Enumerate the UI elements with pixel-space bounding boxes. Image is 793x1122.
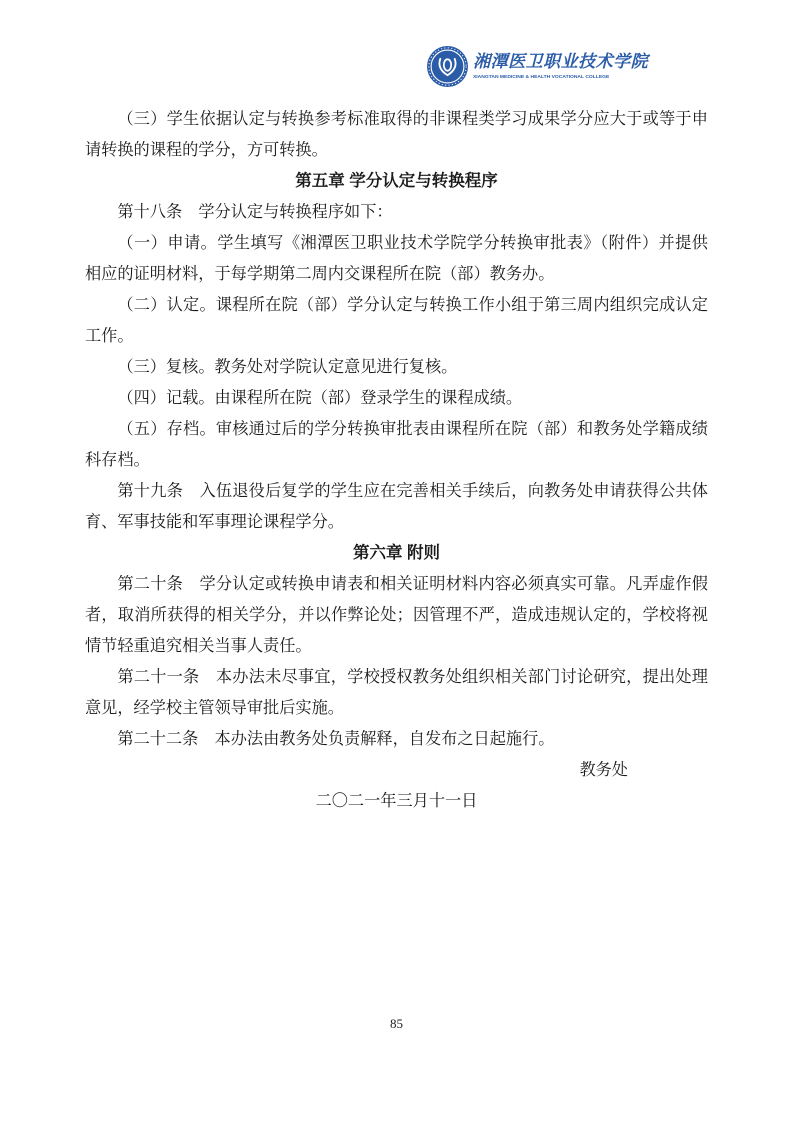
signature-issuing-office: 教务处 (85, 755, 708, 786)
chapter-heading-5: 第五章 学分认定与转换程序 (85, 166, 708, 197)
paragraph-step-3-review: （三）复核。教务处对学院认定意见进行复核。 (85, 352, 708, 383)
issue-date: 二〇二一年三月十一日 (85, 786, 708, 817)
document-page: 湘潭医卫职业技术学院 XIANGTAN MEDICINE & HEALTH VO… (0, 0, 793, 1122)
paragraph-article-18: 第十八条 学分认定与转换程序如下： (85, 197, 708, 228)
paragraph-article-20: 第二十条 学分认定或转换申请表和相关证明材料内容必须真实可靠。凡弄虚作假者，取消… (85, 569, 708, 662)
paragraph-article-22: 第二十二条 本办法由教务处负责解释，自发布之日起施行。 (85, 724, 708, 755)
college-name-block: 湘潭医卫职业技术学院 XIANGTAN MEDICINE & HEALTH VO… (473, 52, 693, 81)
document-body: （三）学生依据认定与转换参考标准取得的非课程类学习成果学分应大于或等于申请转换的… (85, 104, 708, 817)
paragraph-step-2-determine: （二）认定。课程所在院（部）学分认定与转换工作小组于第三周内组织完成认定工作。 (85, 290, 708, 352)
college-emblem-icon (427, 46, 468, 87)
paragraph-article-21: 第二十一条 本办法未尽事宜，学校授权教务处组织相关部门讨论研究，提出处理意见，经… (85, 662, 708, 724)
college-name-en: XIANGTAN MEDICINE & HEALTH VOCATIONAL CO… (473, 74, 609, 80)
college-logo: 湘潭医卫职业技术学院 XIANGTAN MEDICINE & HEALTH VO… (427, 46, 693, 87)
paragraph-step-4-record: （四）记载。由课程所在院（部）登录学生的课程成绩。 (85, 383, 708, 414)
paragraph-step-1-apply: （一）申请。学生填写《湘潭医卫职业技术学院学分转换审批表》（附件）并提供相应的证… (85, 228, 708, 290)
paragraph-step-5-archive: （五）存档。审核通过后的学分转换审批表由课程所在院（部）和教务处学籍成绩科存档。 (85, 414, 708, 476)
college-name-cn: 湘潭医卫职业技术学院 (473, 52, 693, 72)
chapter-heading-6: 第六章 附则 (85, 538, 708, 569)
paragraph-item-3-credits-rule: （三）学生依据认定与转换参考标准取得的非课程类学习成果学分应大于或等于申请转换的… (85, 104, 708, 166)
paragraph-article-19: 第十九条 入伍退役后复学的学生应在完善相关手续后，向教务处申请获得公共体育、军事… (85, 476, 708, 538)
page-number: 85 (0, 1016, 793, 1032)
